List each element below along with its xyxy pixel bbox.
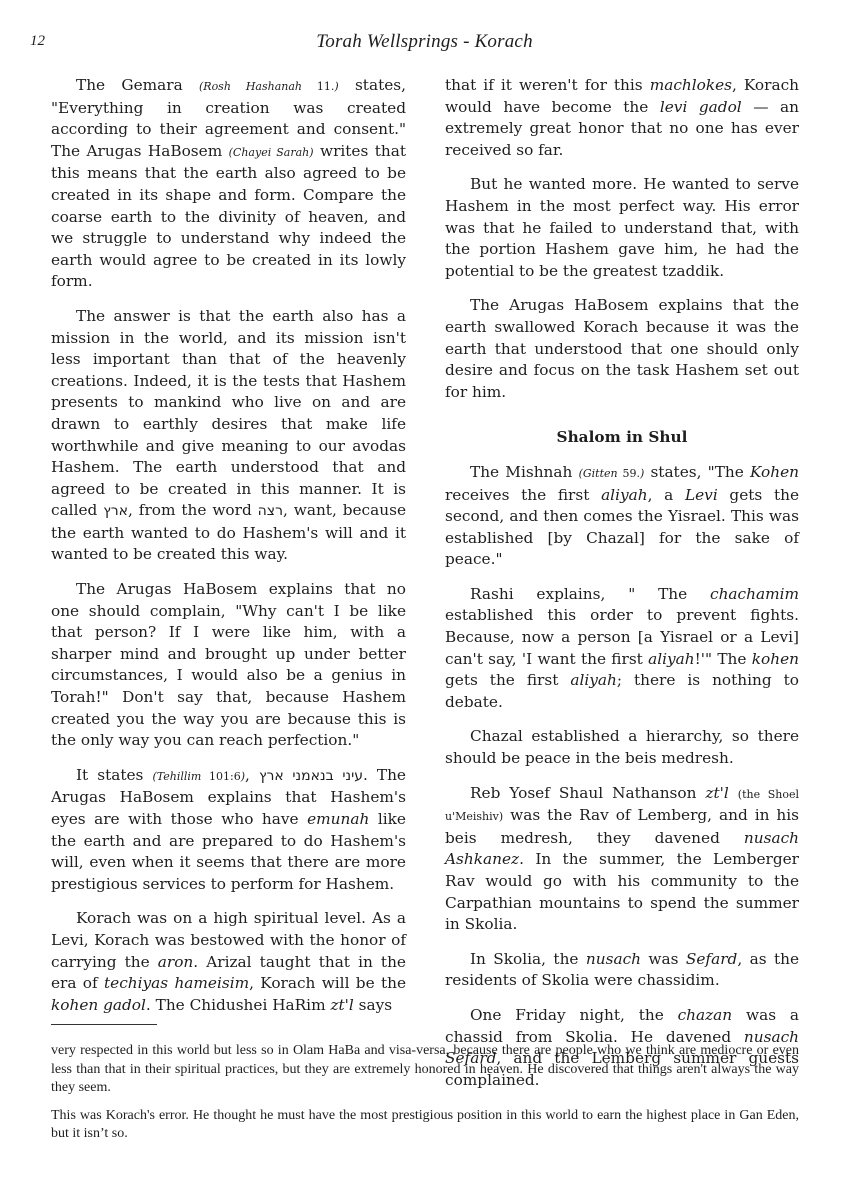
hebrew-quote: עיני בנאמני ארץ <box>259 768 363 784</box>
paragraph-hierarchy: Chazal established a hierarchy, so there… <box>445 726 799 769</box>
footnotes: very respected in this world but less so… <box>51 1042 799 1153</box>
hebrew-word: ארץ <box>103 503 128 519</box>
footnote-divider <box>51 1024 157 1025</box>
section-heading: Shalom in Shul <box>445 427 799 449</box>
paragraph-gemara: The Gemara (Rosh Hashanah 11.) states, "… <box>51 75 406 293</box>
running-title: Torah Wellsprings - Korach <box>0 31 849 53</box>
footnote-paragraph: very respected in this world but less so… <box>51 1042 799 1098</box>
paragraph-rashi: Rashi explains, " The chachamim establis… <box>445 584 799 714</box>
footnote-paragraph: This was Korach's error. He thought he m… <box>51 1107 799 1144</box>
paragraph-earth-swallowed: The Arugas HaBosem explains that the ear… <box>445 295 799 403</box>
paragraph-tehillim: It states (Tehillim 101:6), עיני בנאמני … <box>51 765 406 896</box>
paragraph-no-complaint: The Arugas HaBosem explains that no one … <box>51 579 406 752</box>
paragraph-wanted-more: But he wanted more. He wanted to serve H… <box>445 174 799 282</box>
source-citation: (Gitten 59.) <box>579 467 645 480</box>
hebrew-word: רצה <box>258 503 283 519</box>
paragraph-earth-mission: The answer is that the earth also has a … <box>51 306 406 566</box>
paragraph-korach-level: Korach was on a high spiritual level. As… <box>51 908 406 1016</box>
paragraph-continued: that if it weren't for this machlokes, K… <box>445 75 799 161</box>
source-citation: (Rosh Hashanah 11.) <box>199 80 339 93</box>
left-column: The Gemara (Rosh Hashanah 11.) states, "… <box>51 75 406 1029</box>
right-column: that if it weren't for this machlokes, K… <box>445 75 799 1104</box>
source-citation: (Tehillim 101:6) <box>152 770 245 783</box>
paragraph-mishnah: The Mishnah (Gitten 59.) states, "The Ko… <box>445 462 799 571</box>
source-citation: (Chayei Sarah) <box>229 146 314 159</box>
paragraph-reb-yosef: Reb Yosef Shaul Nathanson zt'l (the Shoe… <box>445 783 799 936</box>
paragraph-skolia: In Skolia, the nusach was Sefard, as the… <box>445 949 799 992</box>
